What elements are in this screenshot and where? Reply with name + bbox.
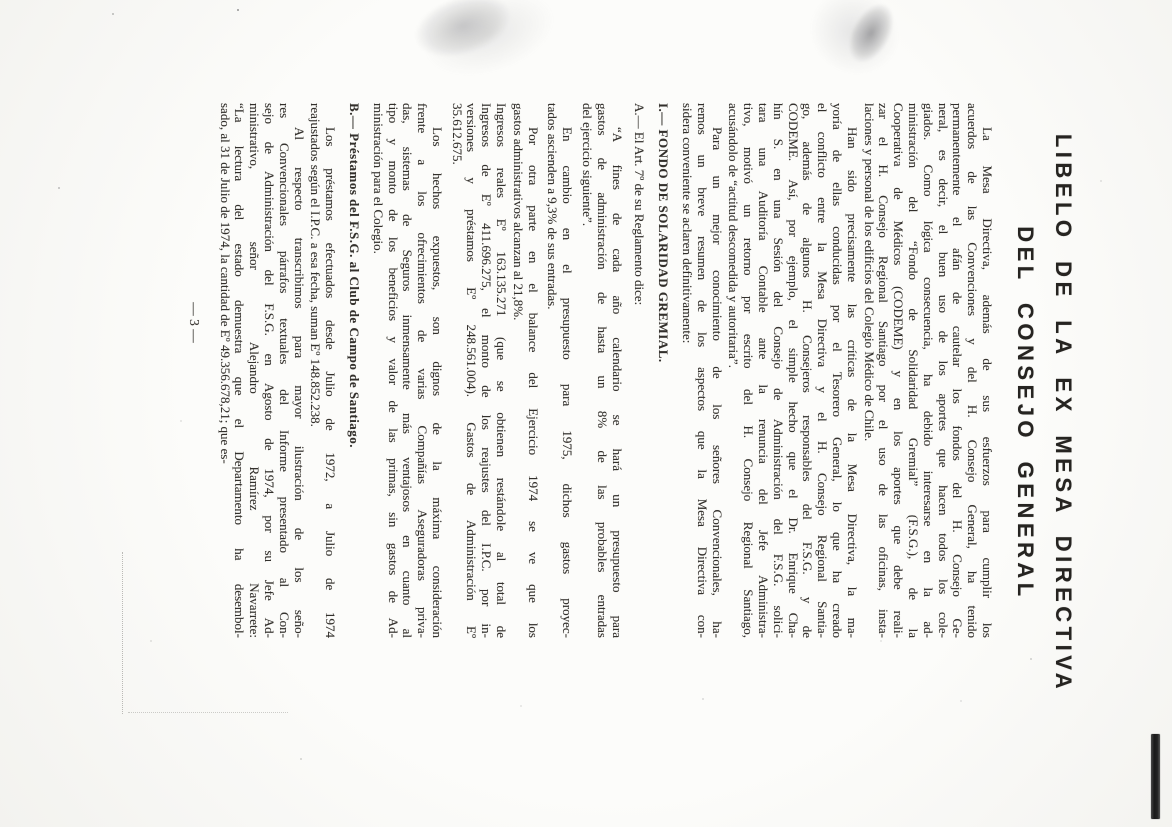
text-line: Al respecto transcribimos para mayor ilu… <box>291 103 306 638</box>
text-line: A.— El Art. 7º de su Reglamento dice: <box>632 103 647 638</box>
text-line: tivo, motivó un retorno por escrito del … <box>740 103 755 638</box>
text-line: versiones y préstamos Eº 248.561.004). G… <box>464 103 479 638</box>
text-line: remos un breve resumen de los aspectos q… <box>694 103 709 638</box>
text-line: tipo y monto de los beneficios y valor d… <box>385 103 400 638</box>
text-line: laciones y personal de los edificios del… <box>861 103 876 638</box>
text-line: 35.612.675. <box>449 103 464 638</box>
paragraph: B.— Préstamos del F.S.G. al Club de Camp… <box>346 103 361 638</box>
text-line: Para un mejor conocimiento de los señore… <box>709 103 724 638</box>
paragraph: Para un mejor conocimiento de los señore… <box>679 103 723 638</box>
paragraph: Han sido precisamente las críticas de la… <box>726 103 859 638</box>
paragraph: Ingresos reales Eº 163.135.271 (que se o… <box>449 103 508 638</box>
page-title-line-1: LIBELO DE LA EX MESA DIRECTIVA <box>1050 0 1076 827</box>
page-fold-line-horizontal <box>128 712 288 713</box>
text-line: neral, es decir, el buen uso de los apor… <box>935 103 950 638</box>
text-line: hín S. en una Sesión del Consejo de Admi… <box>770 103 785 638</box>
text-line: “A fines de cada año calendario se hará … <box>609 103 624 638</box>
text-line: Ingresos reales Eº 163.135.271 (que se o… <box>493 103 508 638</box>
text-line: permanentemente el afán de cautelar los … <box>950 103 965 638</box>
paragraph: La Mesa Directiva, además de sus esfuerz… <box>861 103 994 638</box>
text-line: ministrativo, señor Alejandro Ramírez Na… <box>246 103 261 638</box>
paragraph: “A fines de cada año calendario se hará … <box>579 103 623 638</box>
page-fold-line-vertical <box>122 552 123 714</box>
paragraph: I.— FONDO DE SOLARIDAD GREMIAL. <box>655 103 670 638</box>
text-line: yoría de ellas conducidas por el Tesorer… <box>829 103 844 638</box>
paragraph: A.— El Art. 7º de su Reglamento dice: <box>632 103 647 638</box>
text-line: “La lectura del estado demuestra que el … <box>232 103 247 638</box>
text-line: Los préstamos efectuados desde Julio de … <box>322 103 337 638</box>
paragraph: En cambio en el presupuesto para 1975, d… <box>545 103 575 638</box>
text-line: ministración para el Colegio. <box>370 103 385 638</box>
text-line: Han sido precisamente las críticas de la… <box>844 103 859 638</box>
text-line: tara una Auditoría Contable ante la renu… <box>755 103 770 638</box>
page-number: — 3 — <box>186 103 202 638</box>
text-line: reajustados según el I.P.C. a esa fecha,… <box>308 103 323 638</box>
text-line: ministración del “Fondo de Solidaridad G… <box>905 103 920 638</box>
text-line: CODEME. Así, por ejemplo, el simple hech… <box>785 103 800 638</box>
text-line: Los hechos expuestos, son dignos de la m… <box>429 103 444 638</box>
text-line: del ejercicio siguiente”. <box>579 103 594 638</box>
document-page: LIBELO DE LA EX MESA DIRECTIVA DEL CONSE… <box>0 0 1172 827</box>
scan-speck-dots <box>0 0 2 2</box>
text-line: acuerdos de las Convenciones y del H. Co… <box>964 103 979 638</box>
text-line: tados ascienden a 9,3% de sus entradas. <box>545 103 560 638</box>
text-line: sado, al 31 de Julio de 1974, la cantida… <box>217 103 232 638</box>
text-line: sidera conveniente se aclaren definitiva… <box>679 103 694 638</box>
paragraph: Los préstamos efectuados desde Julio de … <box>308 103 338 638</box>
text-line: acusándolo de “actitud descomedida y aut… <box>726 103 741 638</box>
text-line: res Convencionales párrafos textuales de… <box>276 103 291 638</box>
text-line: frente a los ofrecimientos de varias Com… <box>414 103 429 638</box>
text-line: das, sistemas de Seguros inmensamente má… <box>400 103 415 638</box>
text-line: B.— Préstamos del F.S.G. al Club de Camp… <box>346 103 361 638</box>
text-line: Cooperativa de Médicos (CODEME) y en los… <box>890 103 905 638</box>
paragraph: Por otra parte en el balance del Ejercic… <box>510 103 540 638</box>
text-line: gastos de administración de hasta un 8% … <box>594 103 609 638</box>
page-title-line-2: DEL CONSEJO GENERAL <box>1012 0 1038 827</box>
text-line: giados. Como lógica consecuencia, ha deb… <box>920 103 935 638</box>
text-line: I.— FONDO DE SOLARIDAD GREMIAL. <box>655 103 670 638</box>
text-line: Ingresos de Eº 411.696.275, el monto de … <box>479 103 494 638</box>
scanner-bar-artifact <box>1151 734 1160 819</box>
page-title: LIBELO DE LA EX MESA DIRECTIVA DEL CONSE… <box>1012 0 1076 827</box>
text-line: el conflicto entre la Mesa Directiva y e… <box>814 103 829 638</box>
text-line: Por otra parte en el balance del Ejercic… <box>525 103 540 638</box>
document-body: La Mesa Directiva, además de sus esfuerz… <box>217 103 994 638</box>
scanned-document-image: LIBELO DE LA EX MESA DIRECTIVA DEL CONSE… <box>0 0 1172 827</box>
text-line: zar el H. Consejo Regional Santiago por … <box>876 103 891 638</box>
text-line: gastos administrativos alcanzan al 21,8%… <box>510 103 525 638</box>
text-line: go, además de algunos H. Consejeros resp… <box>800 103 815 638</box>
text-line: La Mesa Directiva, además de sus esfuerz… <box>979 103 994 638</box>
paragraph: Los hechos expuestos, son dignos de la m… <box>370 103 444 638</box>
text-line: sejo de Administración del F.S.G. en Ago… <box>261 103 276 638</box>
text-line: En cambio en el presupuesto para 1975, d… <box>559 103 574 638</box>
paragraph: Al respecto transcribimos para mayor ilu… <box>217 103 306 638</box>
